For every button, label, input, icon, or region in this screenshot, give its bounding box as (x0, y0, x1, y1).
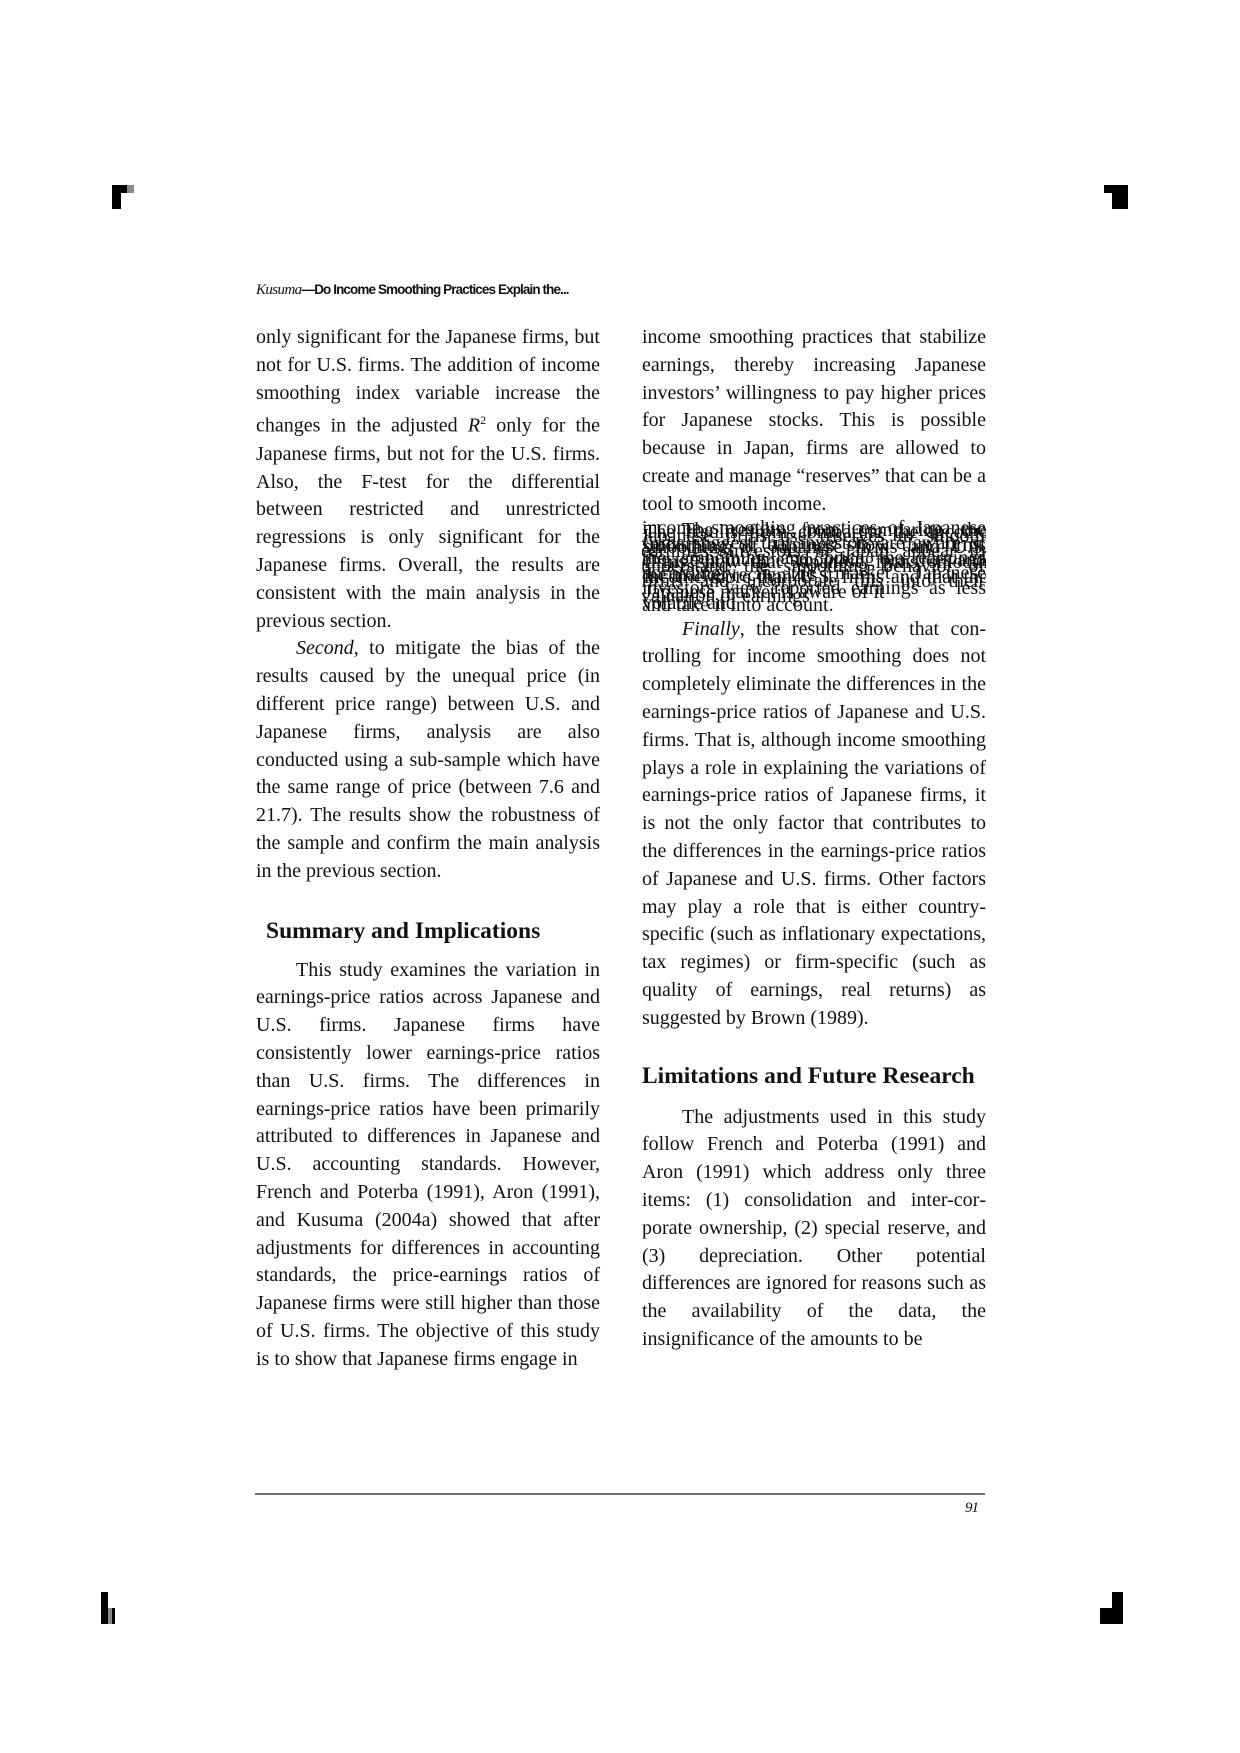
paragraph: The adjustments used in this study follo… (642, 1104, 986, 1354)
running-head-author: Kusuma (256, 282, 302, 298)
crop-mark-top-right (1112, 185, 1128, 209)
crop-mark-bottom-left-tint (108, 1608, 112, 1624)
left-column: only significant for the Japanese firms,… (256, 324, 600, 1374)
running-head-separator: — (302, 282, 315, 297)
running-head: Kusuma—Do Income Smoothing Practices Exp… (256, 282, 569, 299)
paragraph-text: only for the Japanese firms, but not for… (256, 415, 600, 632)
crop-mark-bottom-right (1100, 1608, 1123, 1624)
section-heading-summary: Summary and Implications (266, 916, 600, 947)
paragraph-text: , to mitigate the bias of the results ca… (256, 637, 600, 881)
footer-rule (255, 1493, 985, 1495)
paragraph-lead: Finally (682, 618, 740, 640)
paragraph: Finally, the results show that con­troll… (642, 616, 986, 1033)
overprint-layer: The results from comparing the smoothing… (642, 523, 986, 583)
page-number: 91 (965, 1500, 978, 1517)
paragraph: income smoothing practices that stabi­li… (642, 324, 986, 519)
paragraph: This study examines the variation in ear… (256, 957, 600, 1374)
running-head-title: Do Income Smoothing Practices Explain th… (314, 282, 568, 297)
paragraph-text: , the results show that con­trolling for… (642, 618, 986, 1029)
crop-mark-top-left-tint (127, 185, 134, 193)
r-squared-symbol: R (468, 415, 480, 437)
overprinted-text-block: income smoothing practices of Japanese f… (642, 519, 986, 616)
paragraph: Second, to mitigate the bias of the resu… (256, 635, 600, 885)
right-column: income smoothing practices that stabi­li… (642, 324, 986, 1354)
section-heading-limitations: Limitations and Future Research (642, 1061, 986, 1092)
overprint-tail: and take it into account. (642, 595, 834, 615)
paragraph: only significant for the Japanese firms,… (256, 324, 600, 635)
paragraph-lead: Second (296, 637, 354, 659)
